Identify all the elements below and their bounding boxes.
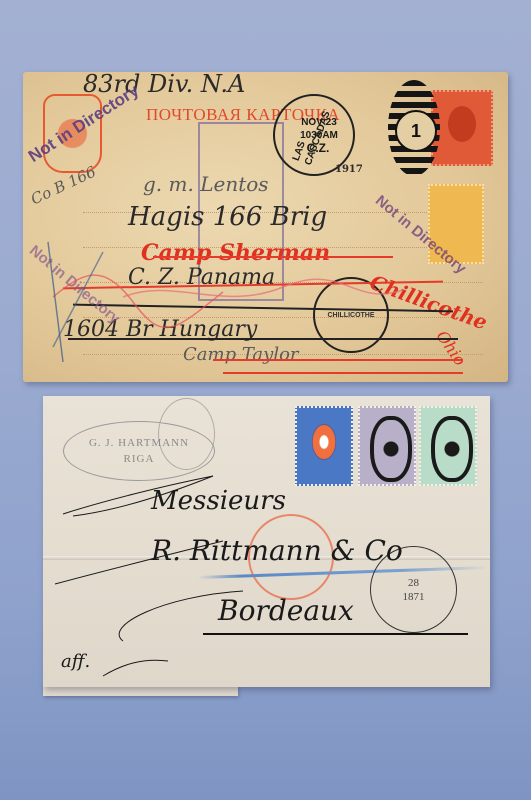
stamp-green-3-kop (419, 406, 477, 486)
handwriting-division: 83rd Div. N.A (83, 72, 245, 98)
handwriting-camp-taylor: Camp Taylor (183, 344, 299, 365)
postmark-year: 1917 (335, 164, 363, 175)
sender-city: RIGA (124, 451, 155, 467)
handwriting-camp-sherman: Camp Sherman (141, 240, 330, 266)
stamp-blue-20-kop (295, 406, 353, 486)
strike-through (68, 338, 458, 340)
address-salutation: Messieurs (151, 486, 286, 516)
stamp-lilac-5-kop (358, 406, 416, 486)
letter-note: aff. (61, 651, 90, 672)
handwriting-recipient: g. m. Lentos (143, 172, 269, 196)
not-in-directory-stamp: Not in Directory (26, 242, 123, 327)
sender-cachet: G. J. HARTMANN RIGA (63, 421, 215, 481)
postmark-day: 28 (408, 576, 419, 590)
folded-letter: G. J. HARTMANN RIGA 28 1871 Messieurs R.… (43, 396, 490, 687)
postmark-year: 1871 (403, 590, 425, 604)
strike-through (73, 304, 453, 313)
strike-through (223, 372, 463, 374)
address-city: Bordeaux (218, 594, 354, 627)
handwriting-ohio: Ohio (432, 327, 469, 369)
postmark-secondary-text: CHILLICOTHE (327, 312, 374, 319)
address-recipient: R. Rittmann & Co (151, 534, 403, 567)
handwriting-brigade: Hagis 166 Brig (128, 202, 327, 232)
address-underline (203, 633, 468, 635)
strike-through (213, 359, 463, 361)
sender-name: G. J. HARTMANN (89, 435, 189, 451)
duplex-number: 1 (395, 110, 437, 152)
strike-through (153, 256, 393, 258)
postal-card: ПОЧТОВАЯ КАРТОЧКА 1 LAS CASCADAS NOV 23 … (23, 72, 508, 382)
imprinted-stamp (431, 90, 493, 166)
